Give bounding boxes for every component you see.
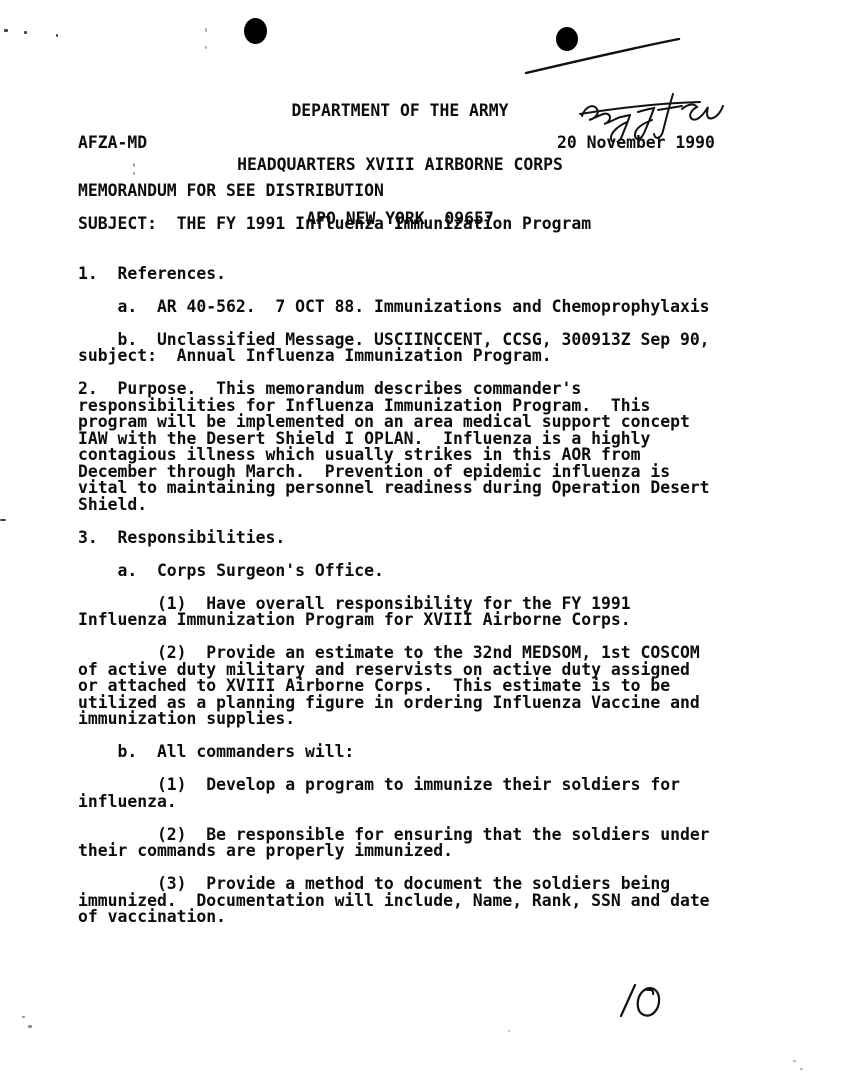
memo-date: 20 November 1990 <box>557 133 715 152</box>
scan-speck <box>24 31 27 34</box>
scan-speck <box>205 28 207 32</box>
scan-speck <box>28 1025 32 1028</box>
memo-body-text: MEMORANDUM FOR SEE DISTRIBUTION SUBJECT:… <box>78 183 710 926</box>
scan-speck <box>133 172 135 175</box>
scan-speck <box>793 1060 796 1062</box>
hole-punch-left-icon <box>244 18 267 44</box>
scan-speck <box>133 163 135 167</box>
handwritten-page-number <box>610 979 668 1025</box>
scan-speck <box>22 1016 25 1018</box>
memo-page: DEPARTMENT OF THE ARMY HEADQUARTERS XVII… <box>0 0 850 1091</box>
scan-speck <box>0 519 6 521</box>
scan-speck <box>508 1030 510 1032</box>
office-symbol: AFZA-MD <box>78 133 147 152</box>
scan-speck <box>800 1068 803 1070</box>
letterhead-line-2: HEADQUARTERS XVIII AIRBORNE CORPS <box>0 156 800 174</box>
scan-speck <box>56 34 58 37</box>
scan-speck <box>205 46 207 49</box>
letterhead-line-1: DEPARTMENT OF THE ARMY <box>0 102 800 120</box>
scan-speck <box>4 29 8 32</box>
